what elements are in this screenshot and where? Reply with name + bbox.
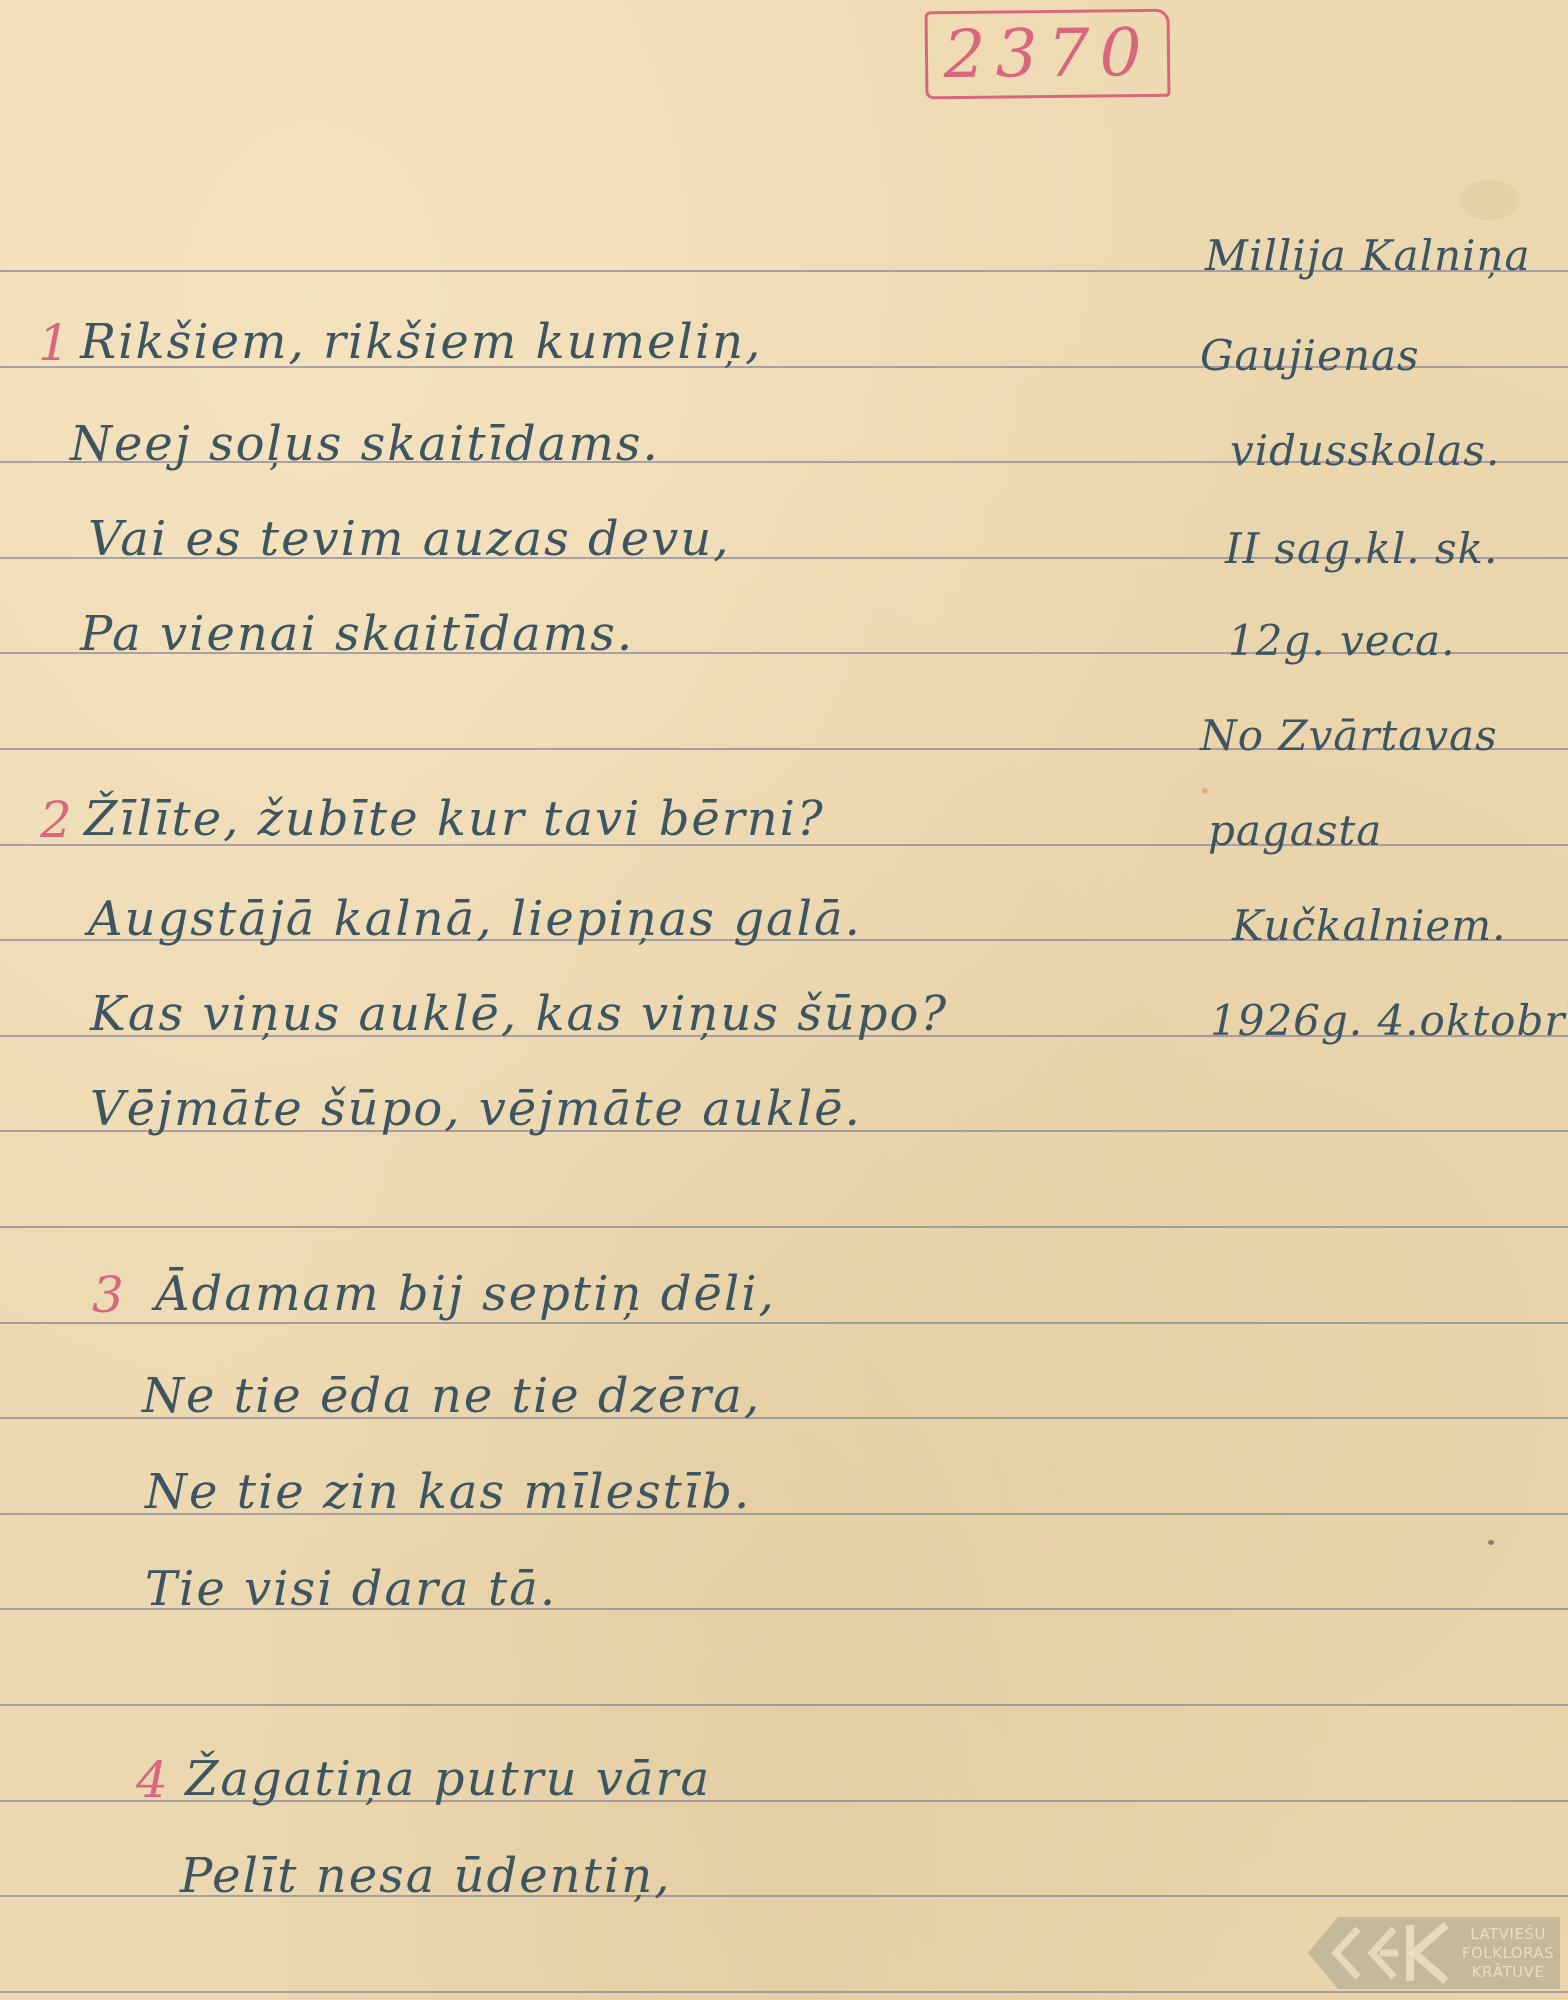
song-line: Ādamam bij septiņ dēli, — [155, 1270, 776, 1318]
paper-stain — [1488, 1540, 1494, 1545]
archive-logo: LATVIEŠU FOLKLORAS KRĀTUVE — [1308, 1917, 1560, 1989]
ruled-line — [0, 1226, 1568, 1228]
song-line: Pelīt nesa ūdentiņ, — [180, 1852, 671, 1900]
logo-text: LATVIEŠU FOLKLORAS KRĀTUVE — [1460, 1925, 1556, 1982]
song-number: 4 — [136, 1755, 168, 1805]
collector-parish: No Zvārtavas — [1200, 715, 1498, 757]
song-line: Ne tie zin kas mīlestīb. — [145, 1468, 751, 1516]
collection-date: 1926g. 4.oktobrī. — [1210, 1000, 1568, 1042]
paper-stain — [1202, 788, 1208, 794]
collector-school: vidusskolas. — [1230, 430, 1500, 472]
collector-place: Kučkalniem. — [1232, 905, 1506, 947]
ruled-line — [0, 1991, 1568, 1993]
collector-age: 12g. veca. — [1228, 620, 1456, 662]
song-number: 2 — [40, 795, 72, 845]
song-line: Pa vienai skaitīdams. — [80, 610, 634, 658]
song-line: Augstājā kalnā, liepiņas galā. — [88, 895, 862, 943]
manuscript-page: 2370 1 Rikšiem, rikšiem kumeliņ, Neej so… — [0, 0, 1568, 2000]
logo-line: FOLKLORAS — [1460, 1944, 1556, 1963]
song-line: Žagatiņa putru vāra — [185, 1755, 711, 1803]
song-line: Žīlīte, žubīte kur tavi bērni? — [84, 795, 825, 843]
logo-line: LATVIEŠU — [1460, 1925, 1556, 1944]
archive-number: 2370 — [943, 20, 1152, 88]
song-line: Tie visi dara tā. — [145, 1565, 557, 1613]
song-number: 3 — [92, 1270, 124, 1320]
collector-name: Millija Kalniņa — [1205, 235, 1531, 277]
logo-line: KRĀTUVE — [1460, 1963, 1556, 1982]
collector-school: Gaujienas — [1200, 335, 1420, 377]
song-line: Vai es tevim auzas devu, — [88, 515, 730, 563]
song-line: Vējmāte šūpo, vējmāte auklē. — [90, 1085, 862, 1133]
paper-stain — [1460, 180, 1520, 220]
song-line: Rikšiem, rikšiem kumeliņ, — [80, 318, 762, 366]
collector-class: II sag.kl. sk. — [1225, 528, 1498, 570]
ruled-line — [0, 1704, 1568, 1706]
song-line: Kas viņus auklē, kas viņus šūpo? — [90, 990, 948, 1038]
collector-parish: pagasta — [1208, 810, 1382, 852]
song-line: Ne tie ēda ne tie dzēra, — [142, 1372, 761, 1420]
archive-number-box: 2370 — [925, 9, 1171, 100]
song-number: 1 — [38, 318, 70, 368]
ruled-line — [0, 1322, 1568, 1324]
song-line: Neej soļus skaitīdams. — [70, 420, 660, 468]
